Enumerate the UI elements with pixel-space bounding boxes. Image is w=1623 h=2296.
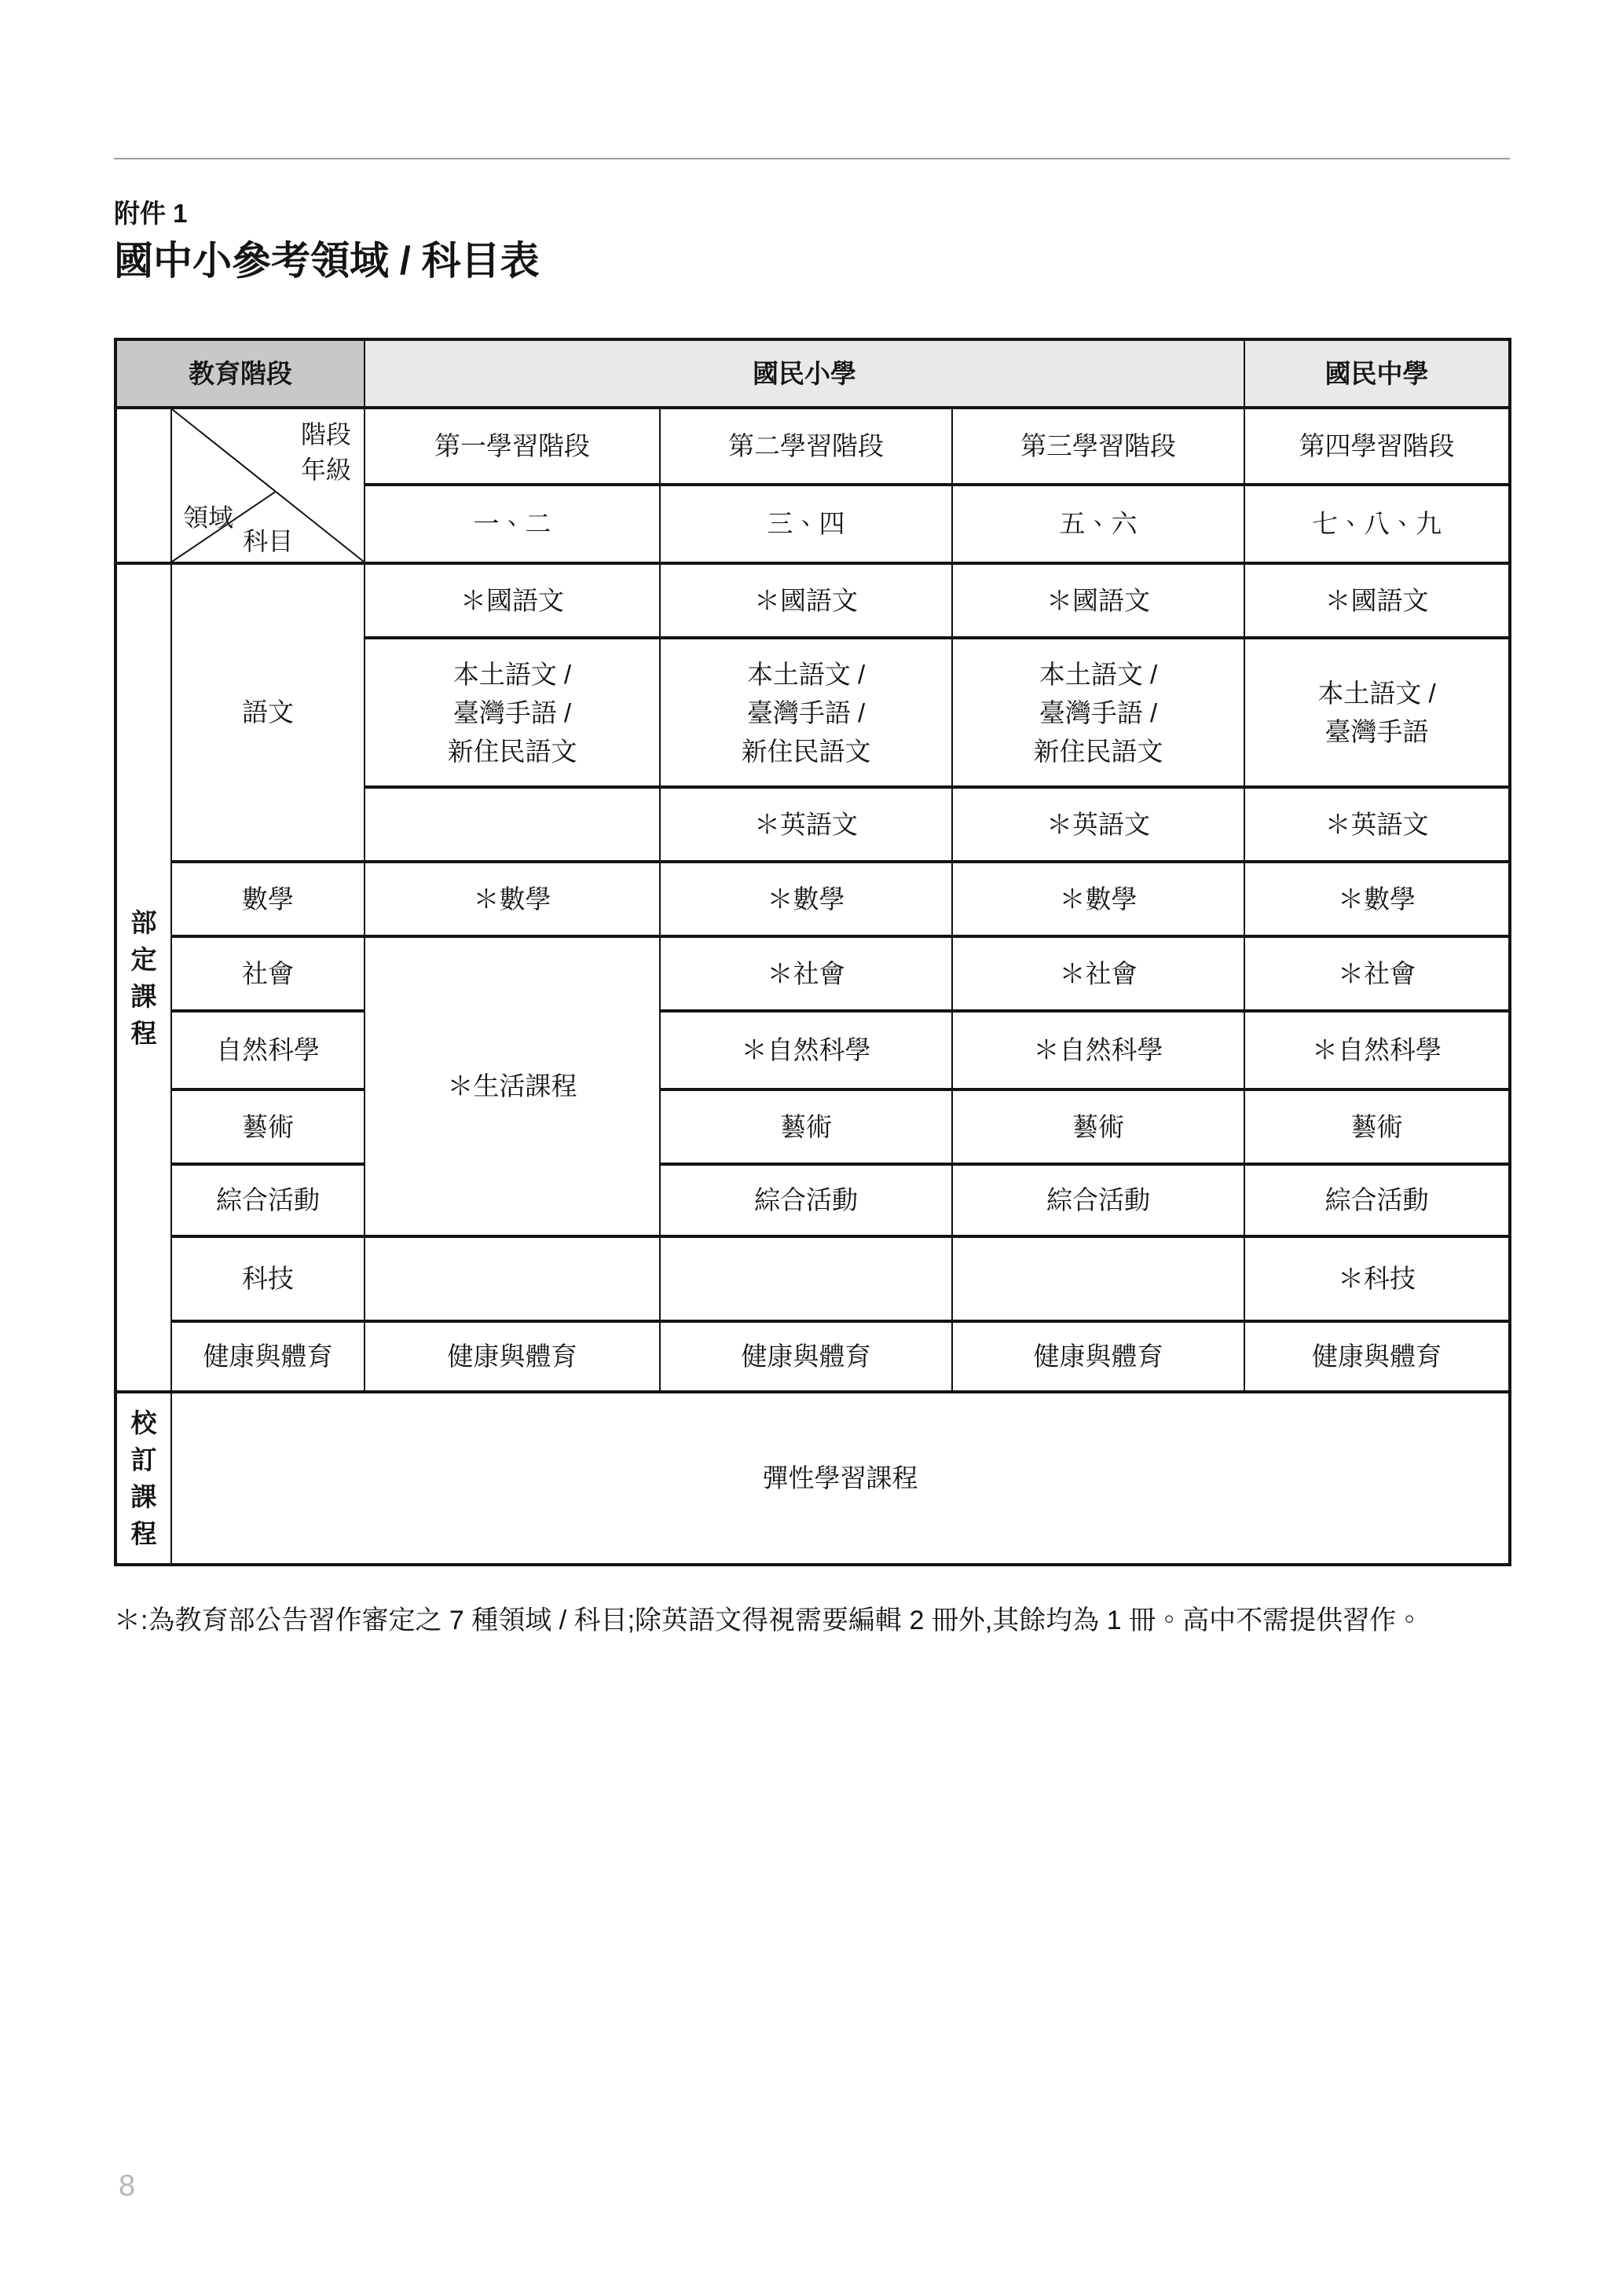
subject-cell: ＊國語文: [660, 563, 952, 638]
subject-cell: 藝術: [1244, 1089, 1510, 1164]
domain-cell: 綜合活動: [171, 1164, 365, 1236]
subject-cell: 本土語文 / 臺灣手語 / 新住民語文: [952, 638, 1244, 787]
subject-cell: ＊生活課程: [365, 936, 660, 1236]
domain-cell: 語文: [171, 563, 365, 862]
subject-cell: 健康與體育: [952, 1321, 1244, 1392]
subject-cell: 本土語文 / 臺灣手語 / 新住民語文: [660, 638, 952, 787]
native-language-lines: 本土語文 / 臺灣手語 / 新住民語文: [953, 655, 1244, 771]
subject-cell: ＊科技: [1244, 1236, 1510, 1321]
domain-cell: 藝術: [171, 1089, 365, 1164]
school-section-label: 校訂課程: [130, 1404, 158, 1552]
corner-spacer-cell: [115, 408, 171, 563]
subject-cell-empty: [660, 1236, 952, 1321]
header-elementary: 國民小學: [365, 339, 1244, 408]
corner-stage-grade-label: 階段 年級: [301, 417, 351, 488]
corner-subject-label: 科目: [243, 525, 293, 557]
subject-cell: ＊數學: [365, 862, 660, 936]
curriculum-table: 教育階段 國民小學 國民中學 階段 年級 領域: [114, 338, 1511, 1566]
subject-cell: 健康與體育: [660, 1321, 952, 1392]
header-education-stage: 教育階段: [115, 339, 365, 408]
page-title: 國中小參考領域 / 科目表: [114, 237, 540, 284]
header-divider-rule: [114, 158, 1510, 159]
subject-cell: ＊英語文: [1244, 787, 1510, 862]
corner-diagonal-cell: 階段 年級 領域 科目: [171, 408, 365, 563]
subject-cell: 藝術: [660, 1089, 952, 1164]
subject-cell: 本土語文 / 臺灣手語 / 新住民語文: [365, 638, 660, 787]
subject-cell: 綜合活動: [1244, 1164, 1510, 1236]
subject-cell: ＊數學: [1244, 862, 1510, 936]
stage-header-cell: 第三學習階段: [952, 408, 1244, 485]
subject-cell: ＊國語文: [365, 563, 660, 638]
grade-range-cell: 七、八、九: [1244, 485, 1510, 563]
subject-cell: ＊社會: [952, 936, 1244, 1011]
subject-cell: ＊自然科學: [1244, 1011, 1510, 1089]
subject-cell: 本土語文 / 臺灣手語: [1244, 638, 1510, 787]
flexible-curriculum-cell: 彈性學習課程: [171, 1392, 1510, 1565]
subject-cell: ＊社會: [660, 936, 952, 1011]
subject-cell: ＊國語文: [952, 563, 1244, 638]
subject-cell: ＊英語文: [952, 787, 1244, 862]
subject-cell: ＊英語文: [660, 787, 952, 862]
mandated-section-label: 部定課程: [130, 904, 158, 1052]
footnote: ＊:為教育部公告習作審定之 7 種領域 / 科目;除英語文得視需要編輯 2 冊外…: [114, 1602, 1544, 1639]
subject-cell-empty: [365, 787, 660, 862]
document-page: 附件 1 國中小參考領域 / 科目表 教育階段 國民小學 國民中學: [0, 0, 1623, 2296]
domain-cell: 健康與體育: [171, 1321, 365, 1392]
subject-cell: 綜合活動: [952, 1164, 1244, 1236]
grade-range-cell: 一、二: [365, 485, 660, 563]
subject-cell: 健康與體育: [1244, 1321, 1510, 1392]
subject-cell: ＊自然科學: [660, 1011, 952, 1089]
subject-cell: ＊數學: [660, 862, 952, 936]
mandated-section-cell: 部定課程: [115, 563, 171, 1392]
native-language-lines: 本土語文 / 臺灣手語: [1245, 674, 1508, 751]
subject-cell: 健康與體育: [365, 1321, 660, 1392]
grade-range-cell: 三、四: [660, 485, 952, 563]
subject-cell-empty: [952, 1236, 1244, 1321]
header-junior-high: 國民中學: [1244, 339, 1510, 408]
domain-cell: 自然科學: [171, 1011, 365, 1089]
attachment-label: 附件 1: [114, 198, 188, 229]
subject-cell: ＊自然科學: [952, 1011, 1244, 1089]
corner-domain-label: 領域: [183, 502, 233, 533]
native-language-lines: 本土語文 / 臺灣手語 / 新住民語文: [661, 655, 951, 771]
school-section-cell: 校訂課程: [115, 1392, 171, 1565]
domain-cell: 社會: [171, 936, 365, 1011]
corner-stage-label: 階段: [301, 420, 351, 449]
subject-cell: 藝術: [952, 1089, 1244, 1164]
corner-grade-label: 年級: [301, 456, 351, 484]
subject-cell: ＊國語文: [1244, 563, 1510, 638]
stage-header-cell: 第四學習階段: [1244, 408, 1510, 485]
native-language-lines: 本土語文 / 臺灣手語 / 新住民語文: [365, 655, 659, 771]
grade-range-cell: 五、六: [952, 485, 1244, 563]
domain-cell: 科技: [171, 1236, 365, 1321]
subject-cell: 綜合活動: [660, 1164, 952, 1236]
subject-cell: ＊社會: [1244, 936, 1510, 1011]
stage-header-cell: 第一學習階段: [365, 408, 660, 485]
stage-header-cell: 第二學習階段: [660, 408, 952, 485]
page-number: 8: [119, 2170, 135, 2203]
subject-cell: ＊數學: [952, 862, 1244, 936]
domain-cell: 數學: [171, 862, 365, 936]
subject-cell-empty: [365, 1236, 660, 1321]
